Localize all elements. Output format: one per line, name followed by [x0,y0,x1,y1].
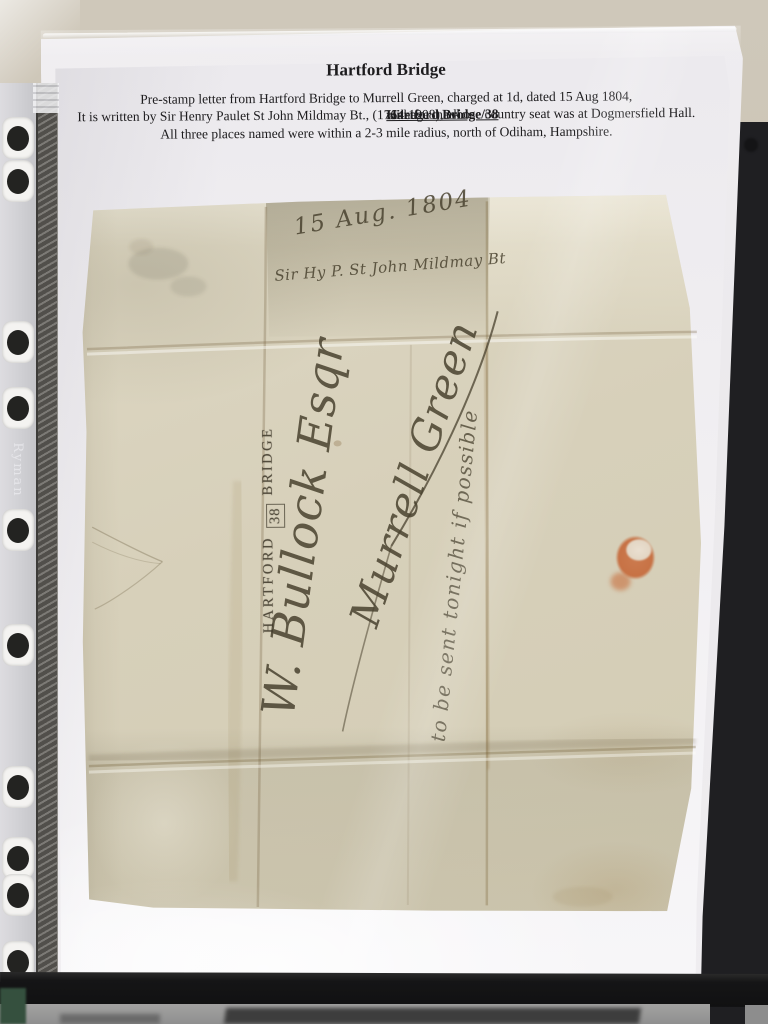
postmark-stamp: HARTFORD 38 BRIDGE [254,425,281,635]
wax-seal-remnant [611,572,631,590]
postmark-town-first: HARTFORD [260,536,278,633]
floor-green-patch [0,988,26,1024]
binder-hole [2,766,34,808]
binder-hole [2,837,34,879]
binder-brand-label: Ryman [9,425,25,515]
binder-hole [2,321,34,363]
binder-hole [2,509,34,551]
serrated-edge [36,83,58,1004]
binder-hole [2,117,34,159]
letter-top-right-panel [488,194,701,335]
line2-suffix: mileage mark. [386,106,463,124]
exhibit-title: Hartford Bridge [41,58,731,83]
binder-strip: Ryman [0,83,60,1004]
exhibit-header: Hartford Bridge Pre-stamp letter from Ha… [41,58,732,144]
binder-hole [2,874,34,916]
exhibit-page-group: Hartford Bridge Pre-stamp letter from Ha… [0,0,768,1024]
floor-corner-sliver [745,1005,768,1024]
floor-shadow [224,1008,641,1024]
binder-hole [2,160,34,202]
serrated-edge-top [33,83,59,113]
postmark-town-second: BRIDGE [259,426,276,495]
postmark-mileage-box: 38 [266,503,285,528]
binder-hole [2,624,34,666]
photo-scene: Hartford Bridge Pre-stamp letter from Ha… [0,0,768,1024]
binder-hole [2,387,34,429]
floor-shadow-small [60,1014,160,1024]
letter-lower-left-panel [89,737,240,908]
shelf-ledge [0,972,768,1007]
